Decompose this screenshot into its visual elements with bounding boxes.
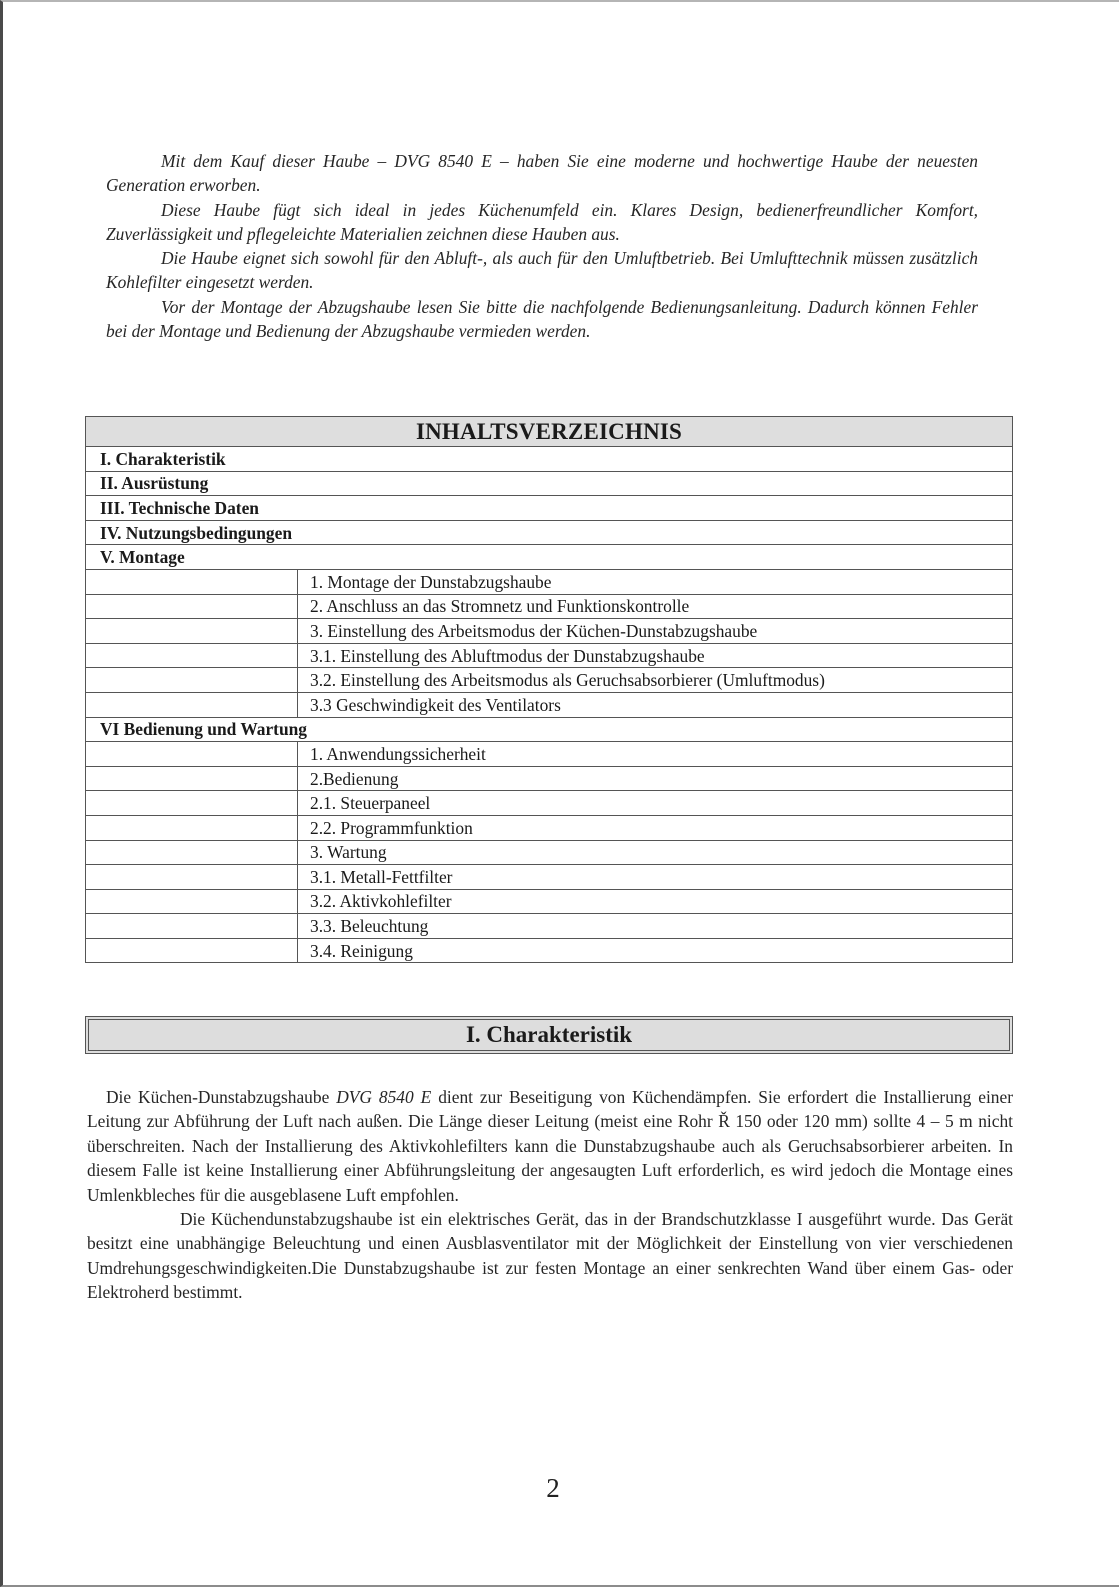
model-name: DVG 8540 E: [336, 1087, 431, 1107]
section-heading: I. Charakteristik: [85, 1016, 1013, 1054]
toc-subitem-row: 3.4. Reinigung: [86, 938, 1013, 963]
toc-subitem-row: 3. Wartung: [86, 840, 1013, 865]
toc-indent-cell: [86, 914, 298, 939]
page-number: 2: [0, 1473, 1106, 1504]
toc-subitem-row: 2.Bedienung: [86, 766, 1013, 791]
intro-paragraph: Die Haube eignet sich sowohl für den Abl…: [106, 246, 978, 295]
toc-indent-cell: [86, 815, 298, 840]
toc-indent-cell: [86, 619, 298, 644]
intro-text: Mit dem Kauf dieser Haube – DVG 8540 E –…: [106, 149, 978, 343]
intro-paragraph: Vor der Montage der Abzugshaube lesen Si…: [106, 295, 978, 344]
body-text-segment: Die Küchen-Dunstabzugshaube: [106, 1087, 336, 1107]
toc-section-label[interactable]: VI Bedienung und Wartung: [86, 717, 1013, 742]
toc-subitem-row: 3. Einstellung des Arbeitsmodus der Küch…: [86, 619, 1013, 644]
toc-header-row: INHALTSVERZEICHNIS: [86, 417, 1013, 447]
toc-indent-cell: [86, 791, 298, 816]
toc-subitem-label[interactable]: 3.1. Einstellung des Abluftmodus der Dun…: [298, 643, 1013, 668]
toc-subitem-label[interactable]: 2.Bedienung: [298, 766, 1013, 791]
toc-subitem-row: 2. Anschluss an das Stromnetz und Funkti…: [86, 594, 1013, 619]
toc-subitem-row: 1. Montage der Dunstabzugshaube: [86, 569, 1013, 594]
toc-subitem-label[interactable]: 3. Wartung: [298, 840, 1013, 865]
toc-section-label[interactable]: III. Technische Daten: [86, 496, 1013, 521]
body-paragraph: Die Küchen-Dunstabzugshaube DVG 8540 E d…: [87, 1085, 1013, 1207]
toc-subitem-label[interactable]: 1. Montage der Dunstabzugshaube: [298, 569, 1013, 594]
toc-subitem-label[interactable]: 3. Einstellung des Arbeitsmodus der Küch…: [298, 619, 1013, 644]
toc-subitem-row: 3.3 Geschwindigkeit des Ventilators: [86, 692, 1013, 717]
toc-subitem-row: 3.2. Einstellung des Arbeitsmodus als Ge…: [86, 668, 1013, 693]
body-paragraph: Die Küchendunstabzugshaube ist ein elekt…: [87, 1207, 1013, 1305]
toc-subitem-label[interactable]: 3.2. Aktivkohlefilter: [298, 889, 1013, 914]
toc-subitem-row: 3.3. Beleuchtung: [86, 914, 1013, 939]
toc-section-row: II. Ausrüstung: [86, 471, 1013, 496]
toc-indent-cell: [86, 692, 298, 717]
table-of-contents: INHALTSVERZEICHNIS I. CharakteristikII. …: [85, 416, 1013, 963]
toc-subitem-label[interactable]: 2.2. Programmfunktion: [298, 815, 1013, 840]
toc-subitem-label[interactable]: 2. Anschluss an das Stromnetz und Funkti…: [298, 594, 1013, 619]
toc-indent-cell: [86, 668, 298, 693]
toc-section-row: I. Charakteristik: [86, 447, 1013, 472]
toc-subitem-row: 2.2. Programmfunktion: [86, 815, 1013, 840]
toc-subitem-label[interactable]: 3.3. Beleuchtung: [298, 914, 1013, 939]
toc-section-row: IV. Nutzungsbedingungen: [86, 520, 1013, 545]
toc-subitem-row: 2.1. Steuerpaneel: [86, 791, 1013, 816]
toc-subitem-label[interactable]: 3.4. Reinigung: [298, 938, 1013, 963]
toc-indent-cell: [86, 889, 298, 914]
toc-section-row: VI Bedienung und Wartung: [86, 717, 1013, 742]
toc-indent-cell: [86, 569, 298, 594]
toc-subitem-label[interactable]: 1. Anwendungssicherheit: [298, 742, 1013, 767]
intro-paragraph: Mit dem Kauf dieser Haube – DVG 8540 E –…: [106, 149, 978, 198]
toc-indent-cell: [86, 594, 298, 619]
toc-section-row: V. Montage: [86, 545, 1013, 570]
toc-subitem-label[interactable]: 3.1. Metall-Fettfilter: [298, 865, 1013, 890]
toc-title: INHALTSVERZEICHNIS: [86, 417, 1013, 447]
intro-paragraph: Diese Haube fügt sich ideal in jedes Küc…: [106, 198, 978, 247]
toc-section-label[interactable]: IV. Nutzungsbedingungen: [86, 520, 1013, 545]
toc-subitem-label[interactable]: 2.1. Steuerpaneel: [298, 791, 1013, 816]
toc-subitem-label[interactable]: 3.2. Einstellung des Arbeitsmodus als Ge…: [298, 668, 1013, 693]
toc-subitem-row: 3.2. Aktivkohlefilter: [86, 889, 1013, 914]
toc-subitem-row: 3.1. Metall-Fettfilter: [86, 865, 1013, 890]
toc-indent-cell: [86, 766, 298, 791]
toc-subitem-row: 1. Anwendungssicherheit: [86, 742, 1013, 767]
toc-section-row: III. Technische Daten: [86, 496, 1013, 521]
toc-indent-cell: [86, 938, 298, 963]
toc-indent-cell: [86, 840, 298, 865]
toc-section-label[interactable]: V. Montage: [86, 545, 1013, 570]
toc-indent-cell: [86, 742, 298, 767]
toc-section-label[interactable]: I. Charakteristik: [86, 447, 1013, 472]
toc-indent-cell: [86, 643, 298, 668]
section-body: Die Küchen-Dunstabzugshaube DVG 8540 E d…: [87, 1085, 1013, 1305]
toc-subitem-row: 3.1. Einstellung des Abluftmodus der Dun…: [86, 643, 1013, 668]
toc-subitem-label[interactable]: 3.3 Geschwindigkeit des Ventilators: [298, 692, 1013, 717]
toc-section-label[interactable]: II. Ausrüstung: [86, 471, 1013, 496]
toc-indent-cell: [86, 865, 298, 890]
